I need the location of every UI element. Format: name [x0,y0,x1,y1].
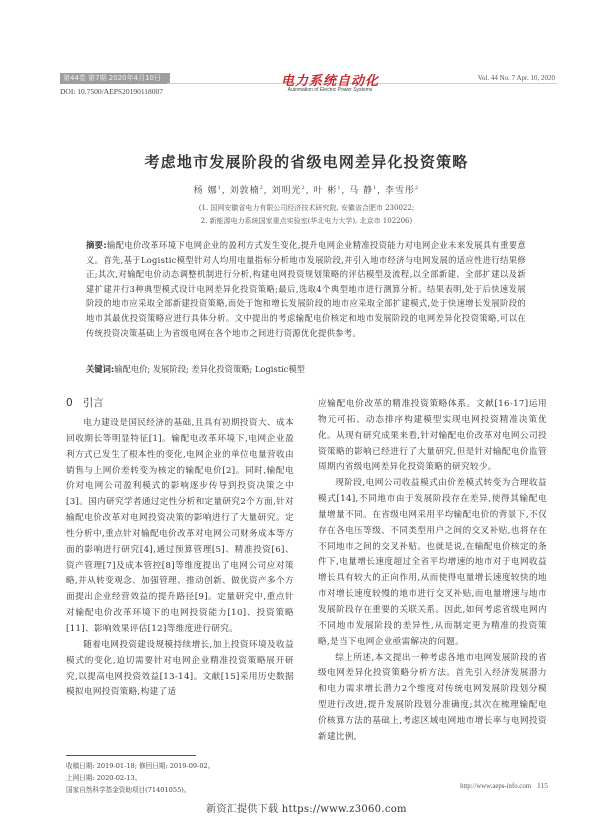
author: 杨 娜1 [194,186,222,196]
abstract-text: 输配电价改革环境下电网企业的盈利方式发生变化,提升电网企业精准投资能力对电网企业… [86,240,526,338]
author-list: 杨 娜1, 刘敦楠2, 刘明光2, 叶 彬1, 马 静1, 李雪彤2 [0,183,613,196]
journal-name-en: Automation of Electric Power Systems [255,87,405,93]
right-column: 应输配电价改革的精准投资策略体系。文献[16-17]运用物元可拓、动态排序构建模… [318,397,547,746]
volume-info: Vol. 44 No. 7 Apr. 10, 2020 [450,74,555,82]
author: 李雪彤2 [385,186,419,196]
keywords-text: 输配电价; 发展阶段; 差异化投资策略; Logistic模型 [114,364,305,374]
paragraph: 现阶段,电网公司收益模式由价差模式转变为合理收益模式[14],不同地市由于发展阶… [318,476,547,650]
received-date: 收稿日期: 2019-01-18; 修回日期: 2019-09-02。 [66,760,214,772]
abstract-label: 摘要: [86,240,107,250]
footnote-rule [66,755,196,756]
author: 叶 彬1 [313,186,341,196]
author: 马 静1 [349,186,377,196]
abstract: 摘要:输配电价改革环境下电网企业的盈利方式发生变化,提升电网企业精准投资能力对电… [86,238,526,340]
doi: DOI: 10.7500/AEPS20190118007 [60,87,163,96]
paragraph: 电力建设是国民经济的基础,且具有初期投资大、成本回收期长等明显特征[1]。输配电… [66,416,294,638]
issue-band: 第44卷 第7期 2020年4月10日 [60,73,170,84]
section-number: 0 [66,397,73,409]
paragraph: 应输配电价改革的精准投资策略体系。文献[16-17]运用物元可拓、动态排序构建模… [318,397,547,476]
paragraph: 随着电网投资建设规模持续增长,加上投资环境及收益模式的变化,迫切需要针对电网企业… [66,638,294,701]
page-number: 115 [537,781,548,790]
author: 刘明光2 [272,186,306,196]
funding-note: 国家自然科学基金资助项目(71401055)。 [66,784,214,796]
article-title: 考虑地市发展阶段的省级电网差异化投资策略 [0,151,613,172]
download-watermark: 新资汇提供下载 https://www.z3060.com [0,800,613,815]
footnotes: 收稿日期: 2019-01-18; 修回日期: 2019-09-02。 上网日期… [66,760,214,796]
section-title: 引言 [83,397,104,409]
section-heading: 0引言 [66,395,114,410]
affiliation-1: (1. 国网安徽省电力有限公司经济技术研究院, 安徽省合肥市 230022; [0,203,613,213]
online-date: 上网日期: 2020-02-13。 [66,772,214,784]
keywords-label: 关键词: [86,364,114,374]
page-footer: http://www.aeps-info.com115 [400,781,548,790]
journal-url[interactable]: http://www.aeps-info.com [460,783,531,790]
left-column: 电力建设是国民经济的基础,且具有初期投资大、成本回收期长等明显特征[1]。输配电… [66,416,294,701]
author: 刘敦楠2 [230,186,264,196]
paragraph: 综上所述,本文提出一种考虑各地市电网发展阶段的省级电网差异化投资策略分析方法。首… [318,651,547,746]
affiliation-2: 2. 新能源电力系统国家重点实验室(华北电力大学), 北京市 102206) [0,216,613,226]
keywords: 关键词:输配电价; 发展阶段; 差异化投资策略; Logistic模型 [86,363,526,375]
